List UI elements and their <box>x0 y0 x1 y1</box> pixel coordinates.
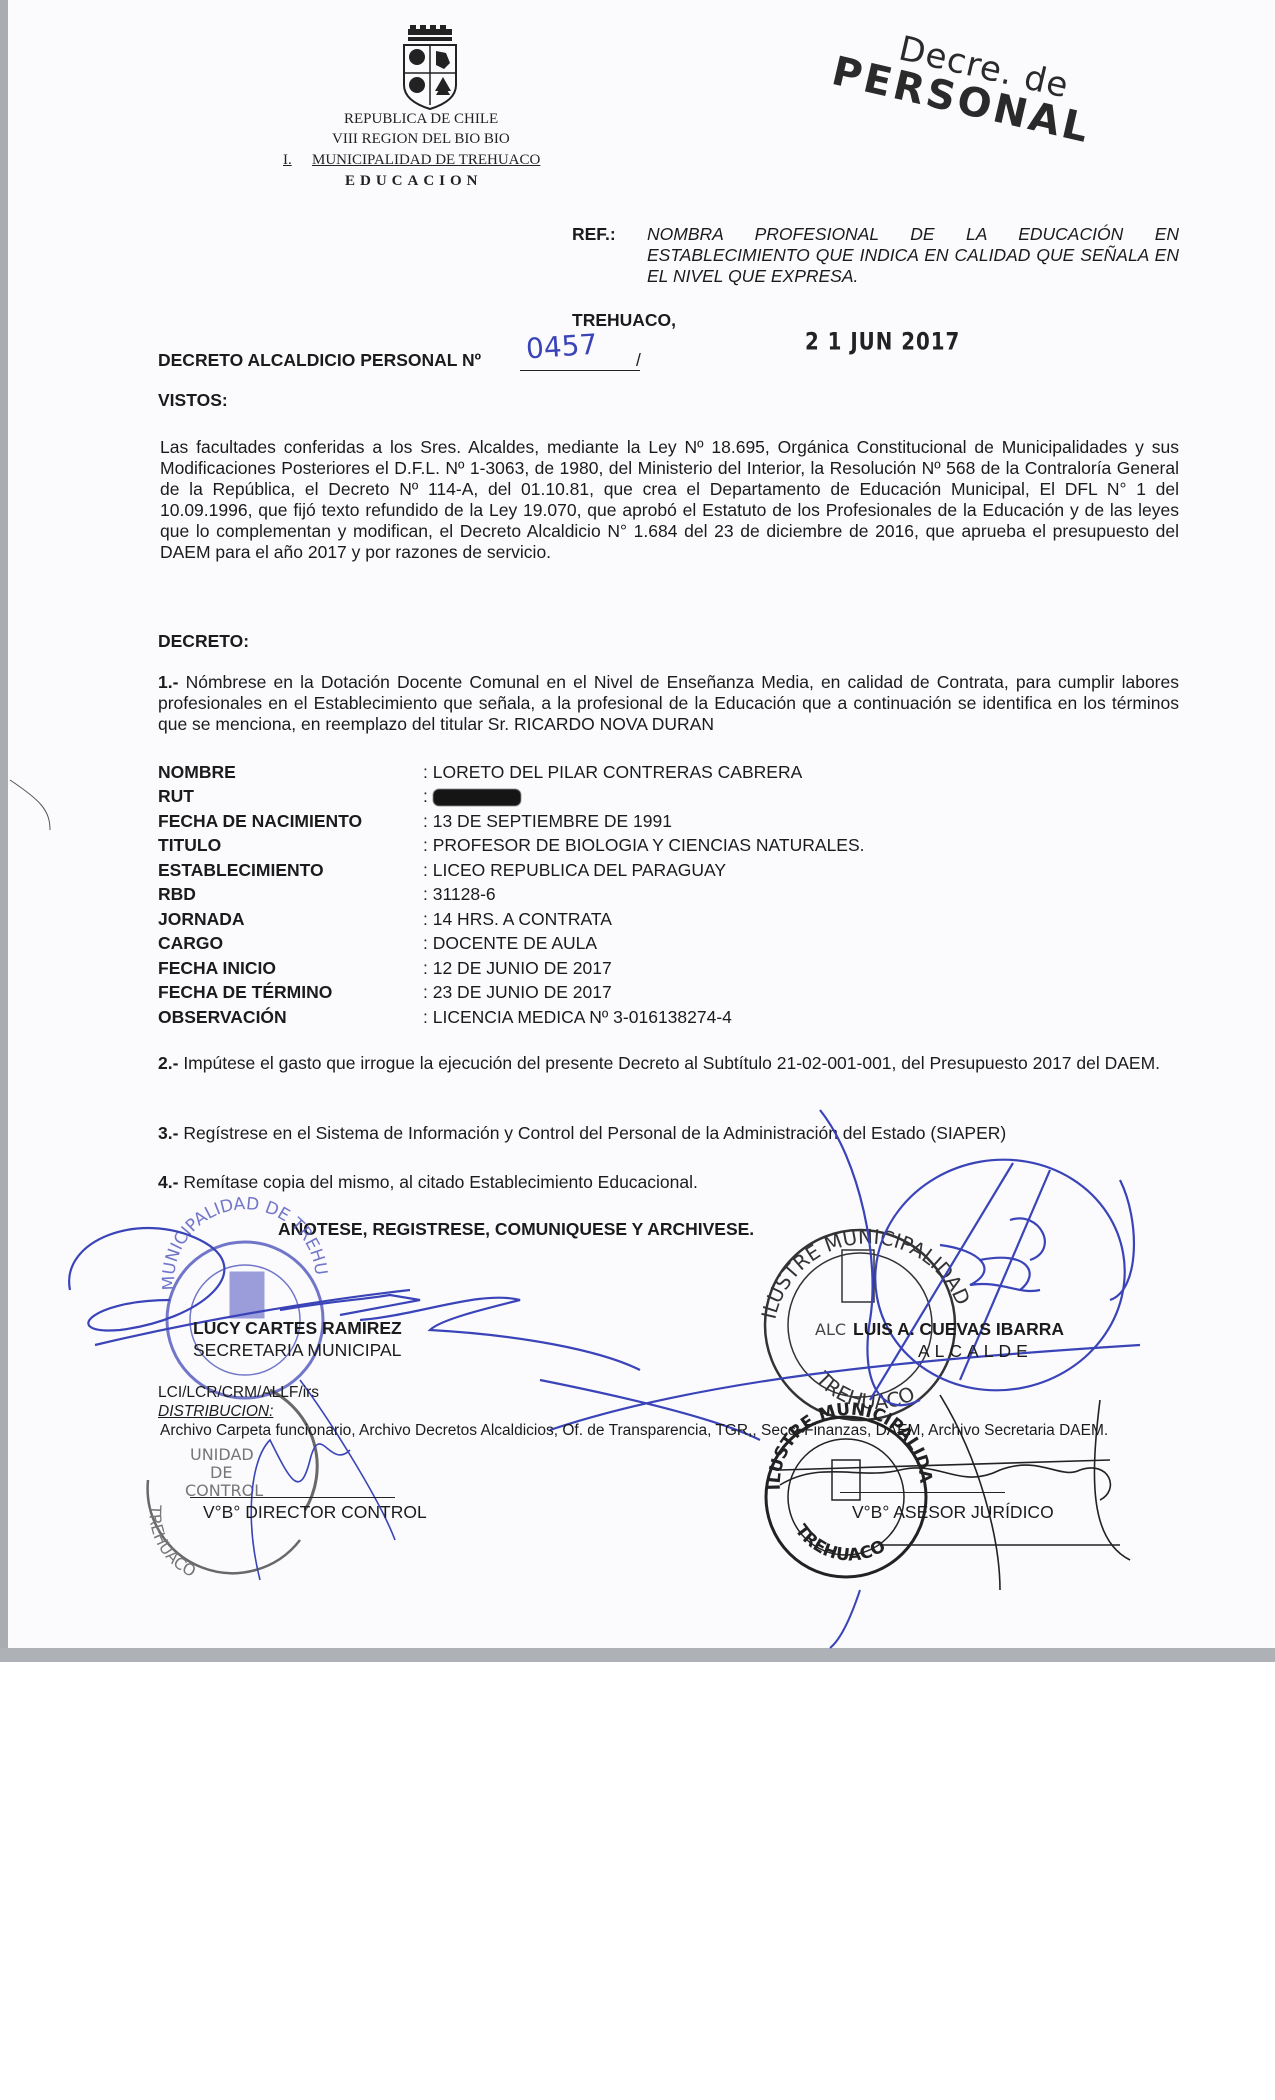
field-value: : 23 DE JUNIO DE 2017 <box>423 982 612 1003</box>
decreto-number-slash: / <box>636 350 641 371</box>
legal-approval-label: V°B° ASESOR JURÍDICO <box>852 1502 1054 1523</box>
decreto-number-underline <box>520 370 640 371</box>
ref-label: REF.: <box>572 224 616 245</box>
distribucion-list: Archivo Carpeta funcionario, Archivo Dec… <box>160 1420 1108 1441</box>
field-value: : 31128-6 <box>423 884 496 905</box>
municipal-coat-of-arms-icon <box>400 25 460 111</box>
closing-formula: ANOTESE, REGISTRESE, COMUNIQUESE Y ARCHI… <box>278 1219 754 1240</box>
decreto-item-1: 1.- Nómbrese en la Dotación Docente Comu… <box>158 672 1179 735</box>
field-row-observacion: OBSERVACIÓN: LICENCIA MEDICA Nº 3-016138… <box>158 1005 865 1030</box>
ref-text: NOMBRA PROFESIONAL DE LA EDUCACIÓN EN ES… <box>647 224 1179 287</box>
mayor-role: ALCALDE <box>918 1341 1033 1362</box>
mayor-stamp-prefix: ALC <box>815 1320 846 1339</box>
decreto-number-label: DECRETO ALCALDICIO PERSONAL Nº <box>158 350 481 371</box>
field-label: FECHA INICIO <box>158 958 423 979</box>
field-row-fecha-termino: FECHA DE TÉRMINO: 23 DE JUNIO DE 2017 <box>158 981 865 1006</box>
field-row-rut: RUT: <box>158 785 865 810</box>
control-signature-line <box>190 1497 395 1498</box>
field-label: OBSERVACIÓN <box>158 1007 423 1028</box>
item-number: 2.- <box>158 1053 178 1073</box>
scanner-edge-left <box>0 0 8 1660</box>
field-row-rbd: RBD: 31128-6 <box>158 883 865 908</box>
letterhead-municipality: MUNICIPALIDAD DE TREHUACO <box>312 152 540 169</box>
scanner-edge-bottom <box>0 1648 1275 1662</box>
letterhead-department: EDUCACION <box>345 173 483 190</box>
decreto-number-handwritten: 0457 <box>525 328 598 366</box>
field-value-prefix: : <box>423 786 433 806</box>
legal-signature-line <box>840 1492 1005 1493</box>
item-text: Remítase copia del mismo, al citado Esta… <box>183 1172 698 1192</box>
appointment-details: NOMBRE: LORETO DEL PILAR CONTRERAS CABRE… <box>158 760 865 1030</box>
mayor-name: LUIS A. CUEVAS IBARRA <box>853 1319 1064 1340</box>
decreto-item-3: 3.- Regístrese en el Sistema de Informac… <box>158 1123 1179 1144</box>
initials: LCI/LCR/CRM/ALLF/irs <box>158 1382 319 1403</box>
item-text: Impútese el gasto que irrogue la ejecuci… <box>183 1053 1160 1073</box>
field-row-establecimiento: ESTABLECIMIENTO: LICEO REPUBLICA DEL PAR… <box>158 858 865 883</box>
field-row-jornada: JORNADA: 14 HRS. A CONTRATA <box>158 907 865 932</box>
field-value: : LICEO REPUBLICA DEL PARAGUAY <box>423 860 726 881</box>
vistos-paragraph: Las facultades conferidas a los Sres. Al… <box>160 437 1179 563</box>
item-text: Nómbrese en la Dotación Docente Comunal … <box>158 672 1179 734</box>
distribucion-label: DISTRIBUCION: <box>158 1401 273 1422</box>
field-label: CARGO <box>158 933 423 954</box>
secretary-name: LUCY CARTES RAMIREZ <box>193 1318 402 1339</box>
decreto-heading: DECRETO: <box>158 631 249 652</box>
secretary-role: SECRETARIA MUNICIPAL <box>193 1340 401 1361</box>
item-number: 1.- <box>158 672 178 692</box>
field-label: FECHA DE NACIMIENTO <box>158 811 423 832</box>
field-row-cargo: CARGO: DOCENTE DE AULA <box>158 932 865 957</box>
field-value: : 12 DE JUNIO DE 2017 <box>423 958 612 979</box>
field-row-nombre: NOMBRE: LORETO DEL PILAR CONTRERAS CABRE… <box>158 760 865 785</box>
item-number: 3.- <box>158 1123 178 1143</box>
field-row-titulo: TITULO: PROFESOR DE BIOLOGIA Y CIENCIAS … <box>158 834 865 859</box>
letterhead-region: VIII REGION DEL BIO BIO <box>332 131 510 148</box>
field-label: RUT <box>158 786 423 807</box>
item-number: 4.- <box>158 1172 178 1192</box>
field-value: : DOCENTE DE AULA <box>423 933 597 954</box>
field-row-fecha-nacimiento: FECHA DE NACIMIENTO: 13 DE SEPTIEMBRE DE… <box>158 809 865 834</box>
decreto-item-4: 4.- Remítase copia del mismo, al citado … <box>158 1172 698 1193</box>
field-value: : 13 DE SEPTIEMBRE DE 1991 <box>423 811 672 832</box>
field-row-fecha-inicio: FECHA INICIO: 12 DE JUNIO DE 2017 <box>158 956 865 981</box>
field-value: : <box>423 786 521 807</box>
field-label: JORNADA <box>158 909 423 930</box>
field-label: TITULO <box>158 835 423 856</box>
item-text: Regístrese en el Sistema de Información … <box>183 1123 1006 1143</box>
field-label: NOMBRE <box>158 762 423 783</box>
field-label: FECHA DE TÉRMINO <box>158 982 423 1003</box>
vistos-heading: VISTOS: <box>158 390 228 411</box>
decreto-item-2: 2.- Impútese el gasto que irrogue la eje… <box>158 1053 1179 1074</box>
field-value: : 14 HRS. A CONTRATA <box>423 909 612 930</box>
field-value: : PROFESOR DE BIOLOGIA Y CIENCIAS NATURA… <box>423 835 865 856</box>
letterhead-country: REPUBLICA DE CHILE <box>344 111 498 128</box>
field-label: RBD <box>158 884 423 905</box>
field-label: ESTABLECIMIENTO <box>158 860 423 881</box>
letterhead-prefix: I. <box>283 152 292 169</box>
field-value: : LORETO DEL PILAR CONTRERAS CABRERA <box>423 762 802 783</box>
redacted-rut <box>433 789 521 806</box>
field-value: : LICENCIA MEDICA Nº 3-016138274-4 <box>423 1007 732 1028</box>
date-stamp: 2 1 JUN 2017 <box>805 329 960 357</box>
control-approval-label: V°B° DIRECTOR CONTROL <box>203 1502 427 1523</box>
